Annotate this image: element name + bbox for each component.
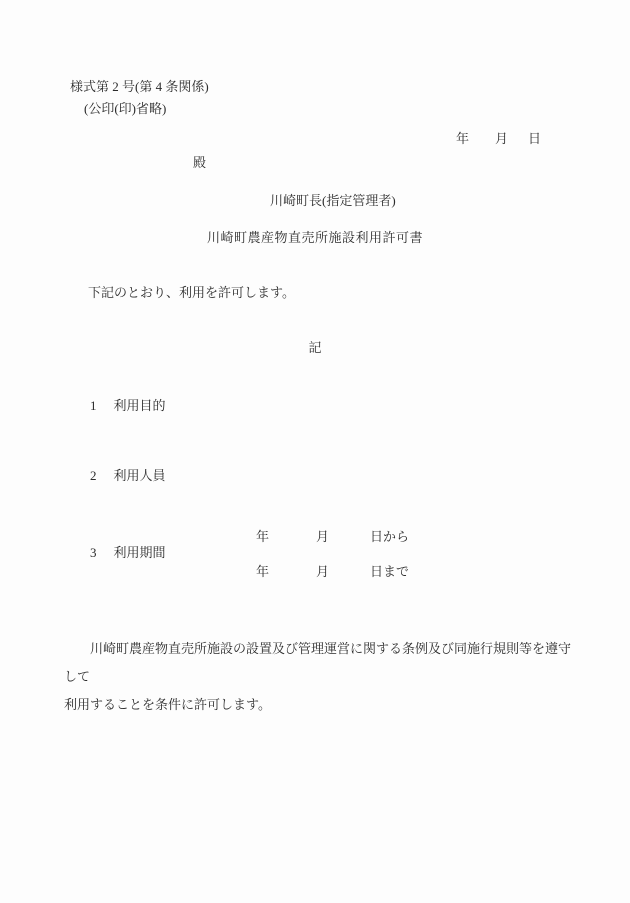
period-from-month-label: 月 — [316, 529, 329, 545]
date-day-label: 日 — [528, 131, 541, 146]
item-row-persons: 2利用人員 — [77, 452, 166, 500]
date-line: 年月日 — [443, 115, 541, 163]
item-row-period: 3利用期間 — [77, 529, 166, 577]
closing-line: 川崎町農産物直売所施設の設置及び管理運営に関する条例及び同施行規則等を遵守して — [64, 635, 576, 691]
record-marker: 記 — [0, 340, 630, 356]
period-to-month-label: 月 — [316, 564, 329, 580]
item-number: 3 — [90, 545, 97, 560]
period-to-year-label: 年 — [256, 564, 269, 580]
closing-line: 利用することを条件に許可します。 — [64, 691, 576, 719]
item-label: 利用人員 — [114, 468, 166, 483]
item-number: 2 — [90, 468, 97, 483]
item-row-purpose: 1利用目的 — [77, 382, 166, 430]
addressee-honorific: 殿 — [193, 155, 206, 171]
permit-document-page: 様式第 2 号(第 4 条関係) (公印(印)省略) 年月日 殿 川崎町長(指定… — [0, 0, 630, 903]
closing-paragraph: 川崎町農産物直売所施設の設置及び管理運営に関する条例及び同施行規則等を遵守して … — [64, 635, 576, 719]
item-label: 利用期間 — [114, 545, 166, 560]
intro-text: 下記のとおり、利用を許可します。 — [88, 285, 295, 301]
issuer-name: 川崎町長(指定管理者) — [270, 193, 396, 209]
period-from-day-label: 日から — [370, 529, 409, 545]
item-label: 利用目的 — [114, 398, 166, 413]
seal-omission-note: (公印(印)省略) — [84, 101, 166, 117]
date-year-label: 年 — [456, 131, 469, 146]
form-number: 様式第 2 号(第 4 条関係) — [70, 79, 209, 95]
period-to-day-label: 日まで — [370, 564, 409, 580]
document-title: 川崎町農産物直売所施設利用許可書 — [0, 230, 630, 246]
date-month-label: 月 — [495, 131, 508, 146]
item-number: 1 — [90, 398, 97, 413]
period-from-year-label: 年 — [256, 529, 269, 545]
